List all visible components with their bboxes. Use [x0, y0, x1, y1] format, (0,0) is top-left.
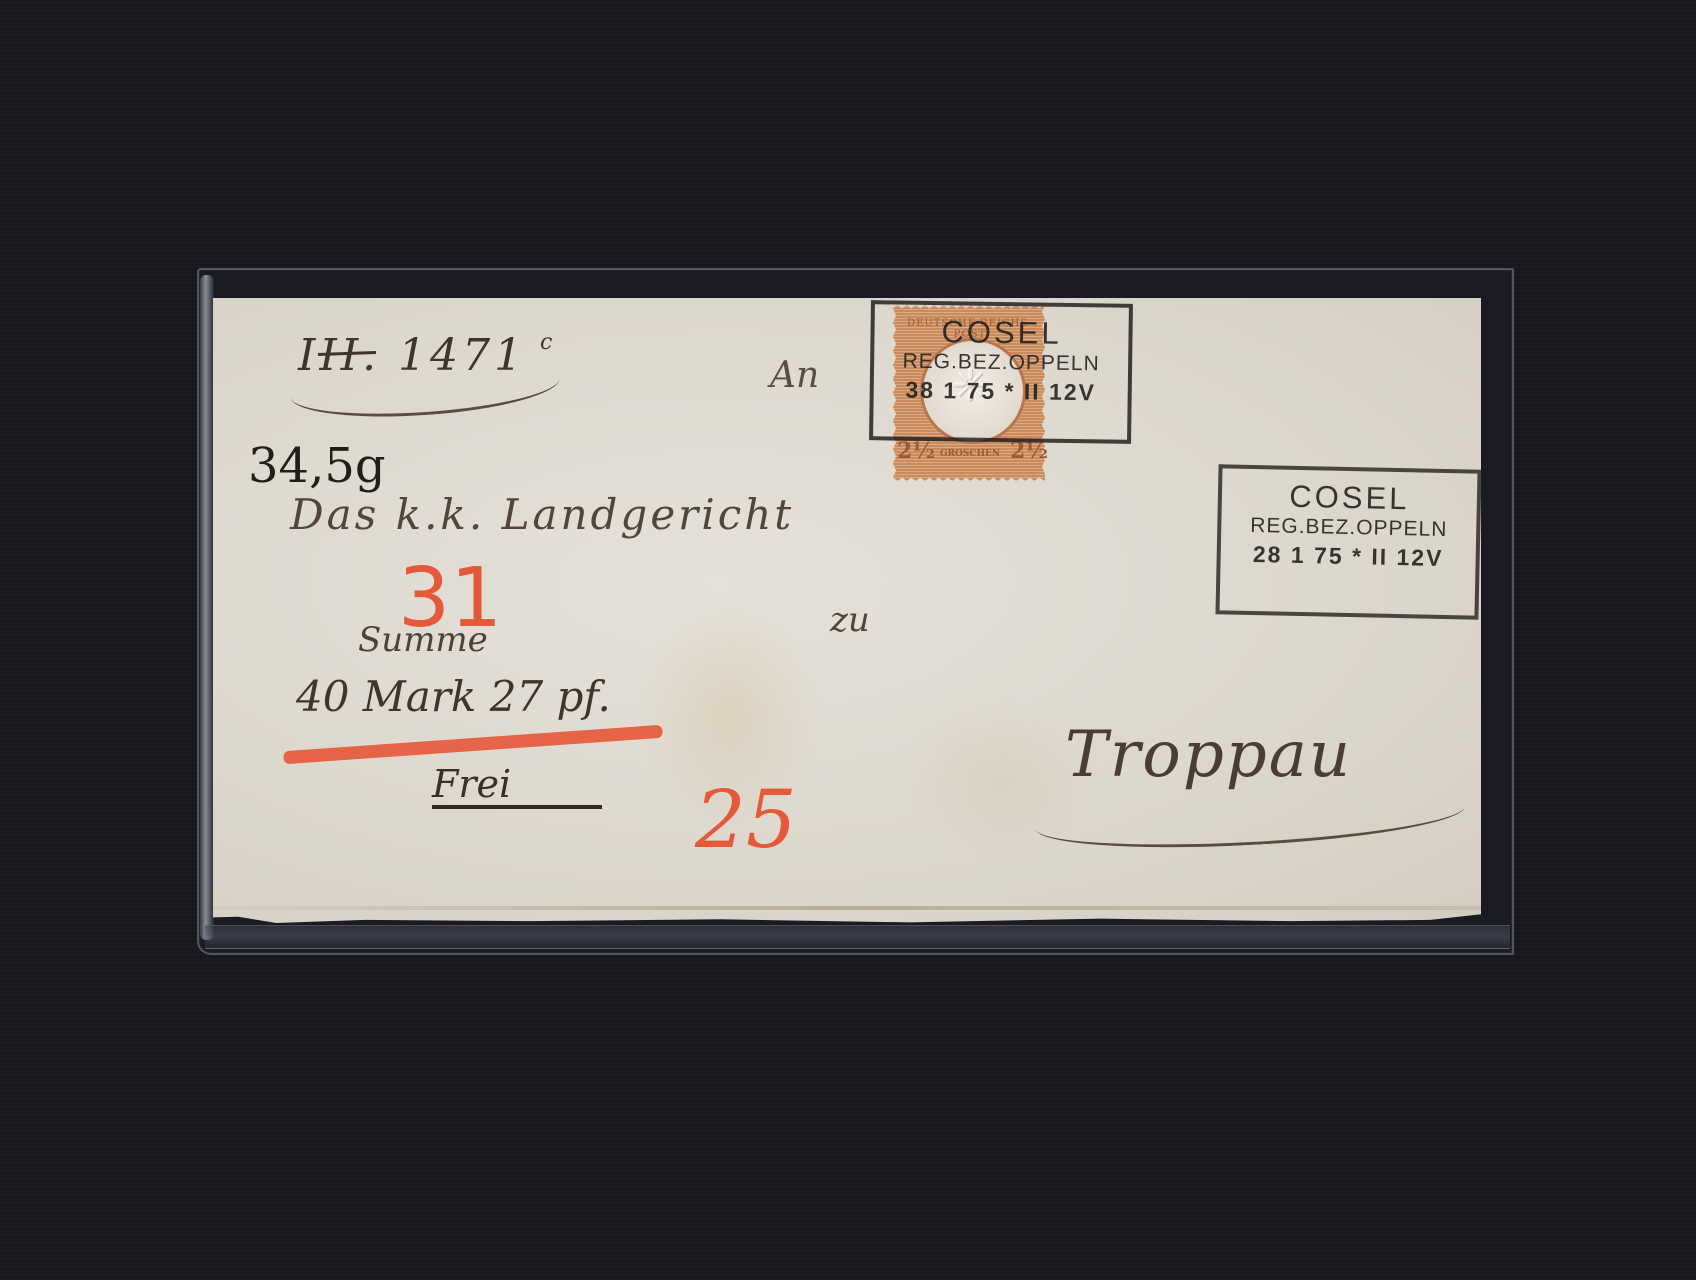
address-prefix: An — [770, 355, 819, 396]
weight-note: 34,5g — [248, 438, 386, 494]
address-preposition: zu — [830, 600, 870, 640]
postmark-district: REG.BEZ.OPPELN — [874, 348, 1128, 378]
red-crayon-number: 25 — [695, 780, 797, 860]
postmark-box: COSEL REG.BEZ.OPPELN 38 1 75 * II 12V — [869, 300, 1133, 444]
sleeve-glare — [200, 275, 214, 940]
sleeve-bottom-edge — [205, 925, 1510, 949]
postmark-date: 38 1 75 * II 12V — [874, 374, 1128, 408]
address-city: Troppau — [1065, 718, 1352, 792]
postmark-city: COSEL — [1222, 478, 1478, 517]
sum-amount: 40 Mark 27 pf. — [296, 672, 611, 721]
paper-fold-line — [213, 906, 1481, 910]
stamp-denomination: GROSCHEN — [930, 449, 1010, 459]
frei-note: Frei — [432, 762, 511, 806]
red-crayon-number: 31 — [398, 558, 502, 640]
postmark-city: COSEL — [874, 314, 1128, 352]
address-recipient: Das k.k. Landgericht — [290, 490, 794, 539]
postmark-box: COSEL REG.BEZ.OPPELN 28 1 75 * II 12V — [1215, 464, 1481, 619]
frei-underline — [432, 805, 602, 809]
postmark-date: 28 1 75 * II 12V — [1220, 538, 1476, 573]
